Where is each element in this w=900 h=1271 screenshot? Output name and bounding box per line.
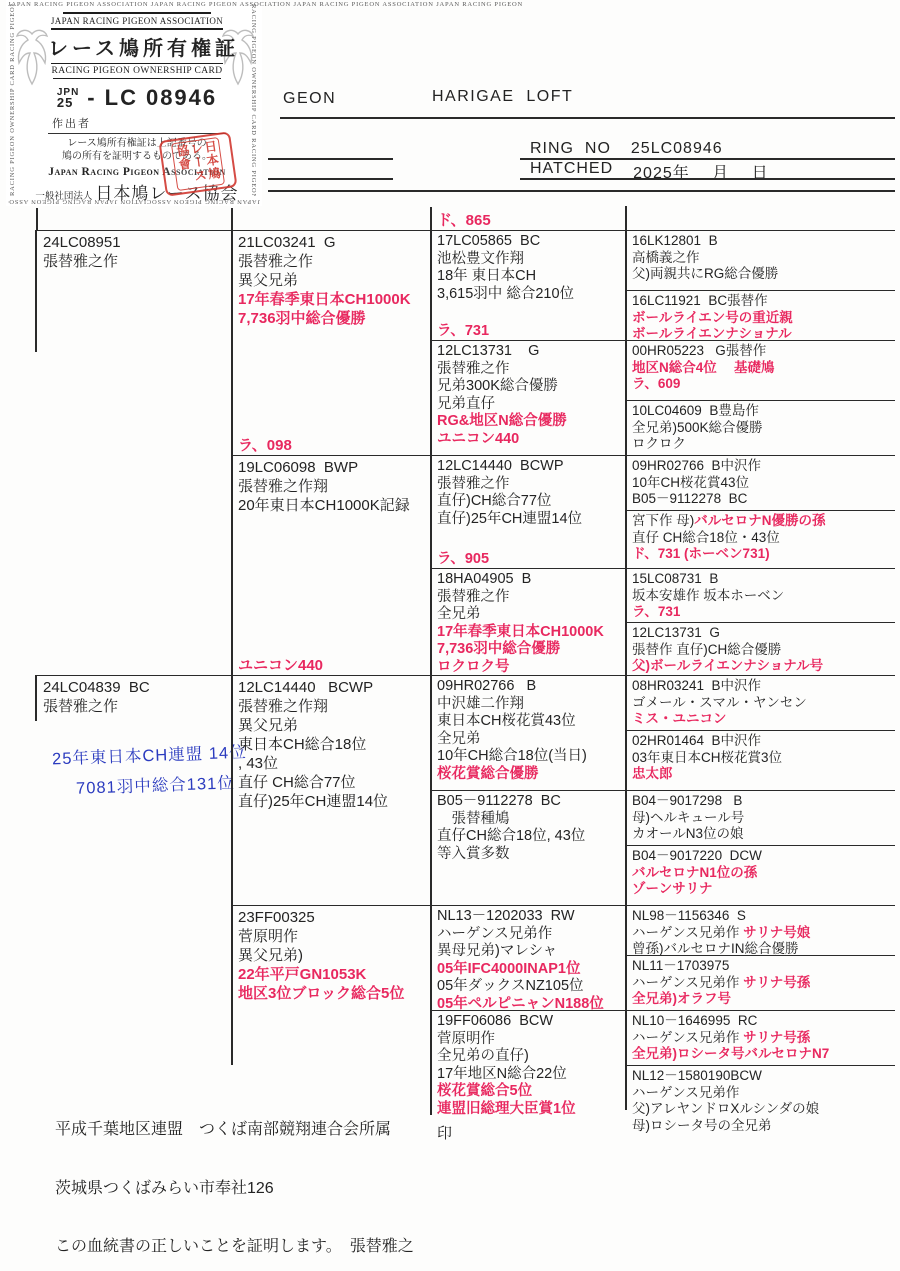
org-prefix: 一般社団法人 (35, 188, 92, 202)
pedigree-text-segment: 宮下作 母) (632, 513, 694, 528)
pedigree-line: 東日本CH桜花賞43位 (437, 713, 622, 731)
association-stamp-text: 日本鳩レース協會 (171, 137, 225, 191)
pedigree-line: 直仔 CH総合77位 (238, 773, 427, 792)
pedigree-line: 直仔)CH総合77位 (437, 493, 622, 511)
pedigree-line: ユニコン440 (238, 656, 427, 675)
pedigree-line: 直仔)25年CH連盟14位 (238, 792, 427, 811)
pedigree-text-segment: ハーゲンス兄弟作 (632, 925, 743, 940)
pedigree-line: 15LC08731 B (632, 571, 892, 588)
pedigree-text-segment: 父)アレヤンドロXルシンダの娘 (632, 1101, 819, 1116)
pedigree-text-segment: B04－9017220 DCW (632, 848, 762, 863)
pedigree-line: B04－9017220 DCW (632, 848, 892, 865)
pedigree-line: 異父兄弟 (238, 271, 427, 290)
pedigree-line: 17LC05865 BC (437, 233, 622, 251)
pedigree-line: 18年 東日本CH (437, 268, 622, 286)
pedigree-line: 張替雅之作 (437, 476, 622, 494)
pedigree-text-segment: 17年春季東日本CH1000K (238, 291, 411, 308)
pedigree-text-segment: ラ、731 (437, 323, 489, 339)
pedigree-line: 連盟旧総理大臣賞1位 (437, 1101, 622, 1119)
pedigree-text-segment: 20年東日本CH1000K記録 (238, 497, 410, 514)
pedigree-text-segment: 7,736羽中総合優勝 (238, 310, 366, 327)
card-country-year: JPN 25 (57, 88, 79, 108)
pedigree-line: 東日本CH総合18位 (238, 735, 427, 754)
pedigree-text-segment: 異父兄弟 (238, 717, 298, 734)
pedigree-text-segment: 父)両親共にRG総合優勝 (632, 266, 778, 281)
pedigree-line: 19FF06086 BCW (437, 1013, 622, 1031)
pedigree-text-segment: B05－9112278 BC (632, 491, 747, 506)
pedigree-text-segment: 池松豊文作翔 (437, 251, 524, 267)
pedigree-line: ハーゲンス兄弟作 サリナ号孫 (632, 975, 892, 992)
card-rule (63, 12, 211, 14)
pedigree-bottom-label: ラ、098 (238, 436, 427, 455)
pedigree-line: 父)ボールライエンナショナル号 (632, 658, 892, 675)
owner-field-line-2 (268, 178, 393, 180)
pedigree-text-segment: 15LC08731 B (632, 571, 718, 586)
pedigree-line: 18HA04905 B (437, 571, 622, 589)
pedigree-cell-gen4-11: B04－9017298 B母)ヘルキュール号カオールN3位の娘 (625, 790, 895, 845)
pedigree-line: ミス・ユニコン (632, 711, 892, 728)
pedigree-text-segment: 張替作 直仔)CH総合優勝 (632, 642, 781, 657)
certification-line-2: 茨城県つくばみらい市奉社126 (55, 1179, 414, 1199)
pedigree-text-segment: 05年ダックスNZ105位 (437, 978, 584, 994)
pedigree-text-segment: 中沢雄二作翔 (437, 696, 524, 712)
pedigree-column-separator (625, 206, 627, 1110)
card-title-en: RACING PIGEON OWNERSHIP CARD (48, 66, 226, 76)
pedigree-text-segment: サリナ号孫 (743, 1030, 810, 1045)
pedigree-line: 坂本安雄作 坂本ホーベン (632, 588, 892, 605)
pedigree-line: 中沢雄二作翔 (437, 696, 622, 714)
pedigree-text-segment: 全兄弟の直仔) (437, 1048, 529, 1064)
pedigree-text-segment: バルセロナN1位の孫 (632, 865, 757, 880)
pedigree-text-segment: 坂本安雄作 坂本ホーベン (632, 588, 784, 603)
pedigree-text-segment: 全兄弟)ロシータ号バルセロナN7 (632, 1046, 829, 1061)
pedigree-line: ゴメール・スマル・ヤンセン (632, 695, 892, 712)
pedigree-text-segment: サリナ号孫 (743, 975, 810, 990)
pedigree-cell-gen4-14: NL11－1703975ハーゲンス兄弟作 サリナ号孫全兄弟)オラフ号 (625, 955, 895, 1010)
pedigree-top-label: ド、865 (437, 209, 491, 230)
pedigree-text-segment: 張替雅之作 (43, 253, 118, 270)
pedigree-line: 宮下作 母)バルセロナN優勝の孫 (632, 513, 892, 530)
pedigree-text-segment: NL11－1703975 (632, 958, 729, 973)
pedigree-text-segment: 7,736羽中総合優勝 (437, 641, 560, 657)
pedigree-line: 全兄弟 (437, 606, 622, 624)
pedigree-cell-gen1-2: 24LC04839 BC張替雅之作25年東日本CH連盟 14位7081羽中総合1… (36, 675, 231, 1140)
pedigree-text-segment: 直仔)25年CH連盟14位 (437, 511, 582, 527)
pedigree-text-segment: 24LC04839 BC (43, 679, 150, 696)
pedigree-text-segment: 21LC03241 G (238, 234, 336, 251)
pedigree-text-segment: バルセロナN優勝の孫 (694, 513, 825, 528)
pedigree-line: ド、731 (ホーベン731) (632, 546, 892, 563)
pedigree-text-segment: 張替雅之作 (437, 476, 510, 492)
pedigree-line: NL13－1202033 RW (437, 908, 622, 926)
pedigree-line: 24LC08951 (43, 233, 228, 252)
pedigree-line: 地区3位ブロック総合5位 (238, 984, 427, 1003)
hatched-underline (520, 178, 895, 180)
pedigree-text-segment: ハーゲンス兄弟作 (632, 975, 743, 990)
pedigree-text-segment: 10年CH総合18位(当日) (437, 748, 587, 764)
pedigree-text-segment: 張替雅之作翔 (238, 698, 328, 715)
pedigree-line: 09HR02766 B (437, 678, 622, 696)
pedigree-text-segment: 09HR02766 B (437, 678, 536, 694)
pedigree-line: バルセロナN1位の孫 (632, 865, 892, 882)
pedigree-cell-gen4-2: 16LC11921 BC張替作ボールライエン号の重近親ボールライエンナショナル (625, 290, 895, 340)
pedigree-text-segment: 3,615羽中 総合210位 (437, 286, 574, 302)
pedigree-text-segment: 地区N総合4位 基礎鳩 (632, 360, 775, 375)
pedigree-line: 10LC04609 B豊島作 (632, 403, 892, 420)
pedigree-text-segment: 兄弟直仔 (437, 396, 495, 412)
pedigree-text-segment: B05－9112278 BC (437, 793, 561, 809)
pedigree-text-segment: 10年CH桜花賞43位 (632, 475, 749, 490)
pedigree-text-segment: 24LC08951 (43, 234, 121, 251)
pedigree-text-segment: 直仔 CH総合77位 (238, 774, 356, 791)
card-series: LC (105, 85, 138, 111)
handwritten-note: 7081羽中総合131位 (76, 769, 235, 799)
card-year: 25 (57, 98, 79, 108)
pedigree-column-separator (231, 208, 233, 1065)
pedigree-text-segment: 全兄弟)オラフ号 (632, 991, 731, 1006)
pedigree-line: NL98－1156346 S (632, 908, 892, 925)
pedigree-text-segment: 05年IFC4000INAP1位 (437, 961, 580, 977)
pedigree-line: 12LC13731 G (437, 343, 622, 361)
pedigree-line: 父)両親共にRG総合優勝 (632, 266, 892, 283)
pedigree-cell-gen4-4: 10LC04609 B豊島作全兄弟)500K総合優勝ロクロク (625, 400, 895, 455)
pedigree-bottom-label: ラ、731 (437, 323, 622, 341)
pedigree-line: 12LC14440 BCWP (437, 458, 622, 476)
pedigree-line: 異父兄弟) (238, 946, 427, 965)
pedigree-line: B05－9112278 BC (437, 793, 622, 811)
pedigree-bottom-label: ユニコン440 (238, 656, 427, 675)
pedigree-line: 7,736羽中総合優勝 (238, 309, 427, 328)
pedigree-text-segment: ロクロク号 (437, 659, 510, 675)
pedigree-text-segment: 12LC14440 BCWP (437, 458, 564, 474)
pedigree-text-segment: 地区3位ブロック総合5位 (238, 985, 404, 1002)
cell-left-tick (35, 675, 37, 721)
pedigree-line: 全兄弟)オラフ号 (632, 991, 892, 1008)
pedigree-line: 7,736羽中総合優勝 (437, 641, 622, 659)
pedigree-line: 10年CH総合18位(当日) (437, 748, 622, 766)
pedigree-line: 張替作 直仔)CH総合優勝 (632, 642, 892, 659)
card-rule (51, 63, 223, 64)
pedigree-line: 22年平戸GN1053K (238, 965, 427, 984)
pedigree-text-segment: 10LC04609 B豊島作 (632, 403, 759, 418)
pedigree-cell-gen3-4: 18HA04905 B張替雅之作全兄弟17年春季東日本CH1000K7,736羽… (430, 568, 625, 675)
pedigree-text-segment: 忠太郎 (632, 766, 673, 781)
header-bottom-rule (268, 190, 895, 192)
pedigree-line: ハーゲンス兄弟作 (437, 926, 622, 944)
pedigree-line: B04－9017298 B (632, 793, 892, 810)
pedigree-text-segment: 17年春季東日本CH1000K (437, 624, 604, 640)
pedigree-line: 菅原明作 (238, 927, 427, 946)
pedigree-line: 20年東日本CH1000K記録 (238, 496, 427, 515)
pedigree-column-separator (36, 208, 38, 230)
pedigree-line: カオールN3位の娘 (632, 826, 892, 843)
pedigree-text-segment: ボールライエンナショナル (632, 326, 792, 341)
ring-no-label: RING NO (530, 140, 611, 158)
pedigree-text-segment: 張替雅之作 (43, 698, 118, 715)
pedigree-text-segment: 異父兄弟 (238, 272, 298, 289)
pedigree-text-segment: ハーゲンス兄弟作 (632, 1085, 739, 1100)
pedigree-line: 直仔CH総合18位, 43位 (437, 828, 622, 846)
breeder-label: 作出者 (52, 115, 226, 131)
card-number: 08946 (146, 85, 217, 111)
pedigree-line: 父)アレヤンドロXルシンダの娘 (632, 1101, 892, 1118)
pedigree-text-segment: 張替雅之作翔 (238, 478, 328, 495)
cell-left-tick (35, 230, 37, 352)
card-border-text-top: JAPAN RACING PIGEON ASSOCIATION JAPAN RA… (8, 0, 524, 9)
breeder-underline (48, 133, 226, 134)
pedigree-text-segment: 異母兄弟)マレシャ (437, 943, 557, 959)
pedigree-line: 05年IFC4000INAP1位 (437, 961, 622, 979)
pedigree-text-segment: 00HR05223 G張替作 (632, 343, 766, 358)
pedigree-text-segment: NL98－1156346 S (632, 908, 746, 923)
pedigree-line: 張替種鳩 (437, 811, 622, 829)
pedigree-line: ハーゲンス兄弟作 (632, 1085, 892, 1102)
certification-line-1: 平成千葉地区連盟 つくば南部競翔連合会所属 (55, 1120, 414, 1140)
pedigree-cell-gen4-12: B04－9017220 DCWバルセロナN1位の孫ゾーンサリナ (625, 845, 895, 905)
pedigree-line: 3,615羽中 総合210位 (437, 286, 622, 304)
pedigree-text-segment: ハーゲンス兄弟作 (632, 1030, 743, 1045)
pedigree-line: 母)ロシータ号の全兄弟 (632, 1118, 892, 1135)
card-dash: - (87, 85, 96, 111)
pedigree-line: 09HR02766 B中沢作 (632, 458, 892, 475)
pedigree-line: ゾーンサリナ (632, 881, 892, 898)
pedigree-line: 08HR03241 B中沢作 (632, 678, 892, 695)
pedigree-text-segment: ユニコン440 (437, 431, 519, 447)
pedigree-line: 21LC03241 G (238, 233, 427, 252)
pedigree-text-segment: 桜花賞総合優勝 (437, 766, 539, 782)
pedigree-text-segment: ゾーンサリナ (632, 881, 712, 896)
card-title-jp: レース鳩所有権証 (48, 32, 226, 61)
pedigree-text-segment: 17LC05865 BC (437, 233, 540, 249)
pedigree-text-segment: 16LK12801 B (632, 233, 718, 248)
pedigree-text-segment: ラ、609 (632, 376, 680, 391)
pedigree-text-segment: 12LC13731 G (437, 343, 539, 359)
pedigree-line: 17年春季東日本CH1000K (238, 290, 427, 309)
pedigree-text-segment: NL12－1580190BCW (632, 1068, 762, 1083)
pedigree-text-segment: 全兄弟 (437, 606, 481, 622)
pigeon-label-partial: GEON (283, 90, 336, 108)
pedigree-line: 張替雅之作翔 (238, 477, 427, 496)
pedigree-cell-gen2-3: 12LC14440 BCWP張替雅之作翔異父兄弟東日本CH総合18位, 43位直… (231, 675, 430, 905)
pedigree-text-segment: 菅原明作 (437, 1031, 495, 1047)
pedigree-text-segment: サリナ号娘 (743, 925, 810, 940)
pedigree-line: 全兄弟の直仔) (437, 1048, 622, 1066)
pedigree-line: 張替雅之作翔 (238, 697, 427, 716)
header-rule (280, 117, 895, 119)
pedigree-line: 異父兄弟 (238, 716, 427, 735)
card-rule (53, 78, 221, 79)
pedigree-cell-gen3-5: 09HR02766 B中沢雄二作翔東日本CH桜花賞43位全兄弟10年CH総合18… (430, 675, 625, 790)
pedigree-line: , 43位 (238, 754, 427, 773)
pedigree-line: 全兄弟)500K総合優勝 (632, 420, 892, 437)
pedigree-text-segment: 張替雅之作 (437, 589, 510, 605)
pedigree-text-segment: 東日本CH総合18位 (238, 736, 366, 753)
pedigree-line: RG&地区N総合優勝 (437, 413, 622, 431)
pedigree-text-segment: 12LC13731 G (632, 625, 720, 640)
pedigree-cell-gen3-7: NL13－1202033 RWハーゲンス兄弟作異母兄弟)マレシャ05年IFC40… (430, 905, 625, 1010)
pedigree-text-segment: ハーゲンス兄弟作 (437, 926, 552, 942)
pedigree-line: 兄弟300K総合優勝 (437, 378, 622, 396)
pedigree-cell-gen3-1: 17LC05865 BC池松豊文作翔18年 東日本CH3,615羽中 総合210… (430, 230, 625, 340)
pedigree-text-segment: ラ、731 (632, 604, 680, 619)
pedigree-line: 母)ヘルキュール号 (632, 810, 892, 827)
pedigree-line: ラ、098 (238, 436, 427, 455)
pedigree-line: 12LC14440 BCWP (238, 678, 427, 697)
ring-no-value: 25LC08946 (631, 140, 723, 158)
pedigree-text-segment: 23FF00325 (238, 909, 315, 926)
pedigree-line: ラ、609 (632, 376, 892, 393)
card-number-row: JPN 25 - LC 08946 (48, 85, 226, 111)
pedigree-text-segment: 16LC11921 BC張替作 (632, 293, 768, 308)
pedigree-cell-gen4-16: NL12－1580190BCWハーゲンス兄弟作父)アレヤンドロXルシンダの娘母)… (625, 1065, 895, 1140)
pedigree-line: ハーゲンス兄弟作 サリナ号孫 (632, 1030, 892, 1047)
handwritten-note: 25年東日本CH連盟 14位 (52, 739, 247, 770)
pedigree-cell-gen3-8: 19FF06086 BCW菅原明作全兄弟の直仔)17年地区N総合22位桜花賞総合… (430, 1010, 625, 1140)
association-stamp: 日本鳩レース協會 (158, 131, 237, 196)
pedigree-line: 全兄弟 (437, 731, 622, 749)
certification-block: 平成千葉地区連盟 つくば南部競翔連合会所属 茨城県つくばみらい市奉社126 この… (55, 1081, 414, 1271)
pedigree-text-segment: 直仔)CH総合77位 (437, 493, 551, 509)
pedigree-line: 張替雅之作 (43, 252, 228, 271)
pedigree-text-segment: 母)ロシータ号の全兄弟 (632, 1118, 772, 1133)
pedigree-text-segment: ラ、905 (437, 551, 489, 567)
pedigree-line: 等入賞多数 (437, 846, 622, 864)
pedigree-cell-gen4-10: 02HR01464 B中沢作03年東日本CH桜花賞3位忠太郎 (625, 730, 895, 790)
pedigree-text-segment: 連盟旧総理大臣賞1位 (437, 1101, 576, 1117)
pedigree-line: 00HR05223 G張替作 (632, 343, 892, 360)
pedigree-line: 03年東日本CH桜花賞3位 (632, 750, 892, 767)
pedigree-cell-gen4-3: 00HR05223 G張替作地区N総合4位 基礎鳩ラ、609 (625, 340, 895, 400)
pedigree-line: 17年地区N総合22位 (437, 1066, 622, 1084)
pedigree-text-segment: 直仔 CH総合18位・43位 (632, 530, 780, 545)
pedigree-text-segment: RG&地区N総合優勝 (437, 413, 567, 429)
pedigree-text-segment: 兄弟300K総合優勝 (437, 378, 558, 394)
pedigree-line: 17年春季東日本CH1000K (437, 624, 622, 642)
pedigree-line: 菅原明作 (437, 1031, 622, 1049)
certification-line-3: この血統書の正しいことを証明します。 張替雅之 (55, 1237, 414, 1257)
pedigree-cell-gen4-9: 08HR03241 B中沢作ゴメール・スマル・ヤンセンミス・ユニコン (625, 675, 895, 730)
eagle-icon-left (14, 26, 50, 92)
pedigree-line: NL10－1646995 RC (632, 1013, 892, 1030)
pedigree-text-segment: 17年地区N総合22位 (437, 1066, 567, 1082)
pedigree-text-segment: ド、731 (ホーベン731) (632, 546, 770, 561)
pedigree-line: B05－9112278 BC (632, 491, 892, 508)
pedigree-text-segment: 直仔)25年CH連盟14位 (238, 793, 388, 810)
pedigree-cell-gen3-6: B05－9112278 BC 張替種鳩直仔CH総合18位, 43位等入賞多数 (430, 790, 625, 905)
pedigree-text-segment: 張替種鳩 (437, 811, 510, 827)
pedigree-cell-gen4-7: 15LC08731 B坂本安雄作 坂本ホーベンラ、731 (625, 568, 895, 622)
pedigree-cell-gen2-1: 21LC03241 G張替雅之作異父兄弟17年春季東日本CH1000K7,736… (231, 230, 430, 455)
pedigree-line: 12LC13731 G (632, 625, 892, 642)
pedigree-line: 兄弟直仔 (437, 396, 622, 414)
card-rule (51, 28, 223, 30)
pedigree-line: NL12－1580190BCW (632, 1068, 892, 1085)
pedigree-line: 16LK12801 B (632, 233, 892, 250)
pedigree-line: 張替雅之作 (437, 361, 622, 379)
pedigree-cell-gen4-6: 宮下作 母)バルセロナN優勝の孫直仔 CH総合18位・43位ド、731 (ホーベ… (625, 510, 895, 568)
pedigree-bottom-label: ラ、905 (437, 551, 622, 569)
pedigree-text-segment: 高橋義之作 (632, 250, 700, 265)
pedigree-line: 24LC04839 BC (43, 678, 228, 697)
pedigree-line: 10年CH桜花賞43位 (632, 475, 892, 492)
pedigree-line: ロクロク (632, 436, 892, 453)
pedigree-text-segment: ロクロク (632, 436, 686, 451)
pedigree-text-segment: ボールライエン号の重近親 (632, 310, 793, 325)
pedigree-cell-gen4-8: 12LC13731 G張替作 直仔)CH総合優勝父)ボールライエンナショナル号 (625, 622, 895, 675)
pedigree-text-segment: 18年 東日本CH (437, 268, 536, 284)
pedigree-line: 23FF00325 (238, 908, 427, 927)
pedigree-cell-gen4-1: 16LK12801 B高橋義之作父)両親共にRG総合優勝 (625, 230, 895, 290)
pedigree-line: ラ、731 (437, 323, 622, 341)
pedigree-line: 池松豊文作翔 (437, 251, 622, 269)
pedigree-text-segment: ユニコン440 (238, 657, 323, 674)
pedigree-line: ボールライエン号の重近親 (632, 310, 892, 327)
pedigree-text-segment: 18HA04905 B (437, 571, 531, 587)
pedigree-text-segment: ゴメール・スマル・ヤンセン (632, 695, 807, 710)
pedigree-cell-gen1-1: 24LC08951張替雅之作 (36, 230, 231, 675)
pedigree-line: 直仔 CH総合18位・43位 (632, 530, 892, 547)
pedigree-cell-gen4-5: 09HR02766 B中沢作10年CH桜花賞43位B05－9112278 BC (625, 455, 895, 510)
pedigree-text-segment: 菅原明作 (238, 928, 298, 945)
pedigree-text-segment: NL13－1202033 RW (437, 908, 575, 924)
pedigree-text-segment: 全兄弟 (437, 731, 481, 747)
pedigree-cell-gen3-3: 12LC14440 BCWP張替雅之作直仔)CH総合77位直仔)25年CH連盟1… (430, 455, 625, 568)
pedigree-line: ロクロク号 (437, 659, 622, 677)
pedigree-line: 直仔)25年CH連盟14位 (437, 511, 622, 529)
pedigree-text-segment: 03年東日本CH桜花賞3位 (632, 750, 782, 765)
loft-name: HARIGAE LOFT (432, 88, 573, 106)
pedigree-text-segment: 張替雅之作 (437, 361, 510, 377)
pedigree-line: 異母兄弟)マレシャ (437, 943, 622, 961)
ownership-card: JAPAN RACING PIGEON ASSOCIATION JAPAN RA… (6, 0, 262, 206)
pedigree-text-segment: 09HR02766 B中沢作 (632, 458, 761, 473)
pedigree-line: 桜花賞総合優勝 (437, 766, 622, 784)
pedigree-text-segment: 02HR01464 B中沢作 (632, 733, 761, 748)
pedigree-line: 高橋義之作 (632, 250, 892, 267)
pedigree-line: 地区N総合4位 基礎鳩 (632, 360, 892, 377)
pedigree-line: 16LC11921 BC張替作 (632, 293, 892, 310)
pedigree-text-segment: , 43位 (238, 755, 278, 772)
pedigree-text-segment: カオールN3位の娘 (632, 826, 744, 841)
pedigree-line: 張替雅之作 (43, 697, 228, 716)
pedigree-line: 全兄弟)ロシータ号バルセロナN7 (632, 1046, 892, 1063)
pedigree-text-segment: 東日本CH桜花賞43位 (437, 713, 576, 729)
pedigree-text-segment: 等入賞多数 (437, 846, 510, 862)
pedigree-text-segment: 父)ボールライエンナショナル号 (632, 658, 823, 673)
pedigree-text-segment: 22年平戸GN1053K (238, 966, 366, 983)
pedigree-text-segment: 08HR03241 B中沢作 (632, 678, 761, 693)
pedigree-line: 張替雅之作 (238, 252, 427, 271)
pedigree-column-separator (430, 207, 432, 1115)
pedigree-line: 忠太郎 (632, 766, 892, 783)
pedigree-text-segment: ラ、098 (238, 437, 292, 454)
pedigree-text-segment: 異父兄弟) (238, 947, 303, 964)
seal-placeholder: 印 (437, 1122, 452, 1143)
pedigree-line: ハーゲンス兄弟作 サリナ号娘 (632, 925, 892, 942)
pedigree-line: 05年ダックスNZ105位 (437, 978, 622, 996)
pedigree-cell-gen3-2: 12LC13731 G張替雅之作兄弟300K総合優勝兄弟直仔RG&地区N総合優勝… (430, 340, 625, 455)
pedigree-line: 02HR01464 B中沢作 (632, 733, 892, 750)
pedigree-text-segment: 曾孫)バルセロナIN総合優勝 (632, 941, 799, 956)
ring-no-row: RING NO 25LC08946 (530, 140, 723, 158)
pedigree-text-segment: 母)ヘルキュール号 (632, 810, 744, 825)
pedigree-line: ラ、731 (632, 604, 892, 621)
pedigree-cell-gen4-15: NL10－1646995 RCハーゲンス兄弟作 サリナ号孫全兄弟)ロシータ号バル… (625, 1010, 895, 1065)
pedigree-text-segment: B04－9017298 B (632, 793, 742, 808)
pedigree-text-segment: 桜花賞総合5位 (437, 1083, 532, 1099)
pedigree-text-segment: 張替雅之作 (238, 253, 313, 270)
pedigree-text-segment: ミス・ユニコン (632, 711, 727, 726)
